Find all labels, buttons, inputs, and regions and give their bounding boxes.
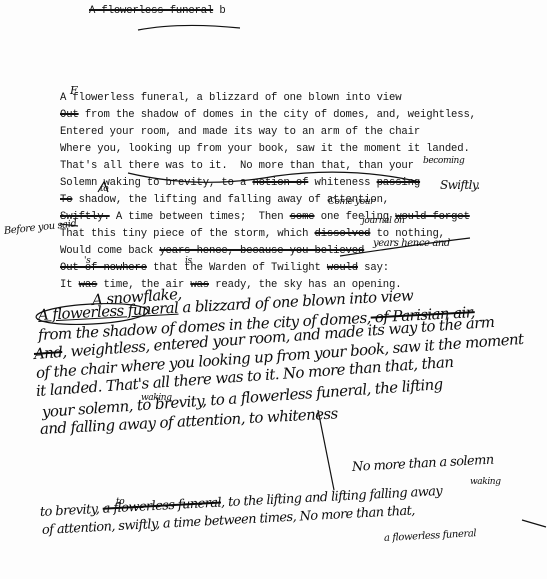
editorial-marks — [0, 0, 547, 579]
manuscript-page: A flowerless funeral b A flowerless fune… — [0, 0, 547, 579]
